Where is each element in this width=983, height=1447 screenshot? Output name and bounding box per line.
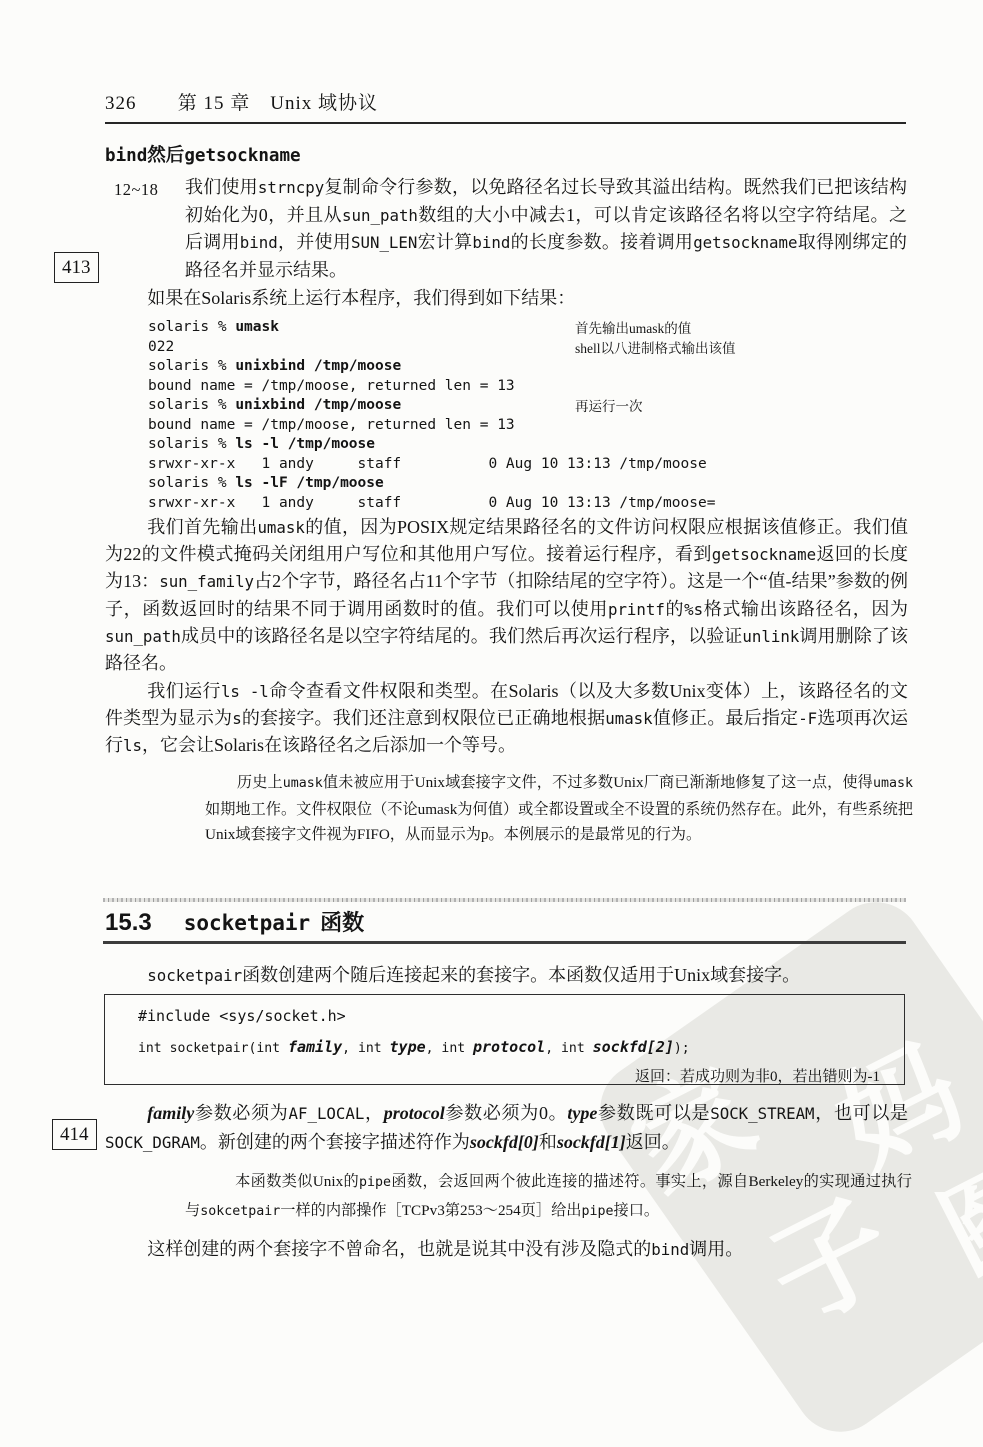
text-run: protocol — [384, 1103, 445, 1123]
text-run: sun_path — [342, 206, 418, 225]
section-title-text: 函数 — [320, 910, 364, 935]
terminal-prompt: solaris % — [148, 397, 235, 413]
paragraph-ls-discussion: 我们运行ls -l命令查看文件权限和类型。在Solaris（以及大多数Unix变… — [105, 678, 908, 760]
text-run: ，并使用 — [278, 232, 351, 252]
paragraph-lines-12-18: 12~18 我们使用strncpy复制命令行参数，以免路径名过长导致其溢出结构。… — [185, 174, 907, 284]
text-run: 我们使用 — [185, 177, 258, 197]
text-run: printf — [608, 600, 665, 619]
text-run: 然后 — [147, 146, 184, 166]
text-run: 参数必须为 — [194, 1103, 288, 1123]
paragraph-text: 我们使用strncpy复制命令行参数，以免路径名过长导致其溢出结构。既然我们已把… — [185, 177, 907, 280]
section-number: 15.3 — [105, 909, 152, 936]
text-run: umask — [283, 776, 323, 791]
subsection-heading-bind-getsockname: bind然后getsockname — [105, 141, 301, 167]
terminal-line: solaris % ls -l /tmp/moose — [148, 435, 908, 455]
text-run: 返回。 — [626, 1132, 680, 1152]
text-run: 历史上 — [237, 774, 283, 791]
terminal-line: srwxr-xr-x 1 andy staff 0 Aug 10 13:13 /… — [148, 455, 908, 475]
terminal-comment: 再运行一次 — [575, 397, 643, 417]
text-run: unlink — [742, 627, 799, 646]
terminal-line: srwxr-xr-x 1 andy staff 0 Aug 10 13:13 /… — [148, 494, 908, 514]
note-pipe-similarity: 本函数类似Unix的pipe函数，会返回两个彼此连接的描述符。事实上，源自Ber… — [185, 1168, 912, 1225]
text-run: %s — [684, 600, 703, 619]
text-run: ，也可以是 — [815, 1103, 909, 1123]
text-run: 这样创建的两个套接字不曾命名，也就是说其中没有涉及隐式的 — [147, 1239, 651, 1259]
function-prototype-box: #include <sys/socket.h> int socketpair(i… — [104, 994, 905, 1085]
text-run: 如果在Solaris系统上运行本程序，我们得到如下结果： — [147, 288, 575, 308]
text-run: 参数既可以是 — [597, 1103, 710, 1123]
text-run: ls — [123, 736, 142, 755]
text-run: family — [147, 1103, 194, 1123]
text-run: 值未被应用于Unix域套接字文件，不过多数Unix厂商已渐渐地修复了这一点，使得 — [323, 774, 873, 791]
page-header: 326 第 15 章 Unix 域协议 — [105, 88, 906, 124]
text-run: umask — [257, 518, 304, 537]
text-run: -F — [798, 709, 817, 728]
text-run: ); — [674, 1041, 690, 1056]
text-run: 值修正。最后指定 — [653, 708, 799, 728]
text-run: umask — [605, 709, 652, 728]
terminal-text: bound name = /tmp/moose, returned len = … — [148, 378, 515, 394]
text-run: 我们首先输出 — [147, 517, 257, 537]
text-run: 接口。 — [614, 1202, 660, 1219]
text-run: s — [232, 709, 241, 728]
text-run: 我们运行 — [147, 681, 221, 701]
terminal-command: ls -l /tmp/moose — [235, 436, 375, 452]
section-title-code: socketpair — [184, 911, 310, 935]
terminal-line: bound name = /tmp/moose, returned len = … — [148, 377, 908, 397]
text-run: bind — [240, 233, 278, 252]
text-run: 参数必须为0。 — [445, 1103, 568, 1123]
terminal-line: solaris % unixbind /tmp/moose再运行一次 — [148, 396, 908, 416]
text-run: bind — [472, 233, 510, 252]
text-run: strncpy — [258, 178, 324, 197]
text-run: 调用。 — [689, 1239, 743, 1259]
text-run: getsockname — [693, 233, 797, 252]
paragraph-unnamed-sockets: 这样创建的两个套接字不曾命名，也就是说其中没有涉及隐式的bind调用。 — [105, 1236, 906, 1263]
text-run: sockfd[2] — [593, 1038, 674, 1056]
text-run: 宏计算 — [417, 232, 472, 252]
text-run: type — [390, 1038, 426, 1056]
prototype-line: int socketpair(int family, int type, int… — [138, 1038, 880, 1056]
paragraph-umask-discussion: 我们首先输出umask的值，因为POSIX规定结果路径名的文件访问权限应根据该值… — [105, 514, 908, 677]
text-run: socketpair — [147, 966, 242, 985]
text-run: , int — [426, 1041, 473, 1056]
terminal-line: solaris % unixbind /tmp/moose — [148, 357, 908, 377]
text-run: umask — [873, 776, 913, 791]
text-run: protocol — [473, 1038, 545, 1056]
terminal-line: bound name = /tmp/moose, returned len = … — [148, 416, 908, 436]
text-run: family — [288, 1038, 342, 1056]
text-run: 一样的内部操作［TCPv3第253～254页］给出 — [280, 1202, 581, 1219]
text-run: int socketpair(int — [138, 1041, 288, 1056]
text-run: sockfd[1] — [557, 1132, 626, 1152]
text-run: 格式输出该路径名，因为 — [703, 599, 908, 619]
text-run: 的 — [665, 599, 684, 619]
margin-page-label-414: 414 — [52, 1119, 97, 1150]
text-run: , int — [342, 1041, 389, 1056]
text-run: SOCK_DGRAM — [105, 1133, 200, 1152]
text-run: 成员中的该路径名是以空字符结尾的。我们然后再次运行程序，以验证 — [181, 626, 743, 646]
terminal-text: srwxr-xr-x 1 andy staff 0 Aug 10 13:13 /… — [148, 456, 707, 472]
section-heading-15-3: 15.3 socketpair 函数 — [105, 906, 906, 937]
terminal-prompt: solaris % — [148, 319, 235, 335]
page-number: 326 — [105, 93, 173, 115]
text-run: SUN_LEN — [351, 233, 417, 252]
paragraph-socketpair-intro: socketpair函数创建两个随后连接起来的套接字。本函数仅适用于Unix域套… — [105, 962, 906, 989]
source-line-range-label: 12~18 — [114, 176, 158, 204]
text-run: bind — [105, 146, 147, 166]
text-run: 函数创建两个随后连接起来的套接字。本函数仅适用于Unix域套接字。 — [242, 965, 800, 985]
text-run: sun_path — [105, 627, 181, 646]
text-run: getsockname — [184, 146, 300, 166]
terminal-prompt: solaris % — [148, 436, 235, 452]
terminal-text: bound name = /tmp/moose, returned len = … — [148, 417, 515, 433]
text-run: ls -l — [221, 682, 269, 701]
terminal-command: umask — [235, 319, 279, 335]
text-run: 的长度参数。接着调用 — [510, 232, 693, 252]
text-run: 和 — [539, 1132, 557, 1152]
text-run: pipe — [359, 1175, 391, 1190]
text-run: sokcetpair — [200, 1204, 280, 1219]
book-page: 家 妈 子 图 PDG 326 第 15 章 Unix 域协议 413 414 … — [0, 0, 983, 1447]
paragraph-parameters: family参数必须为AF_LOCAL，protocol参数必须为0。type参… — [105, 1099, 908, 1157]
terminal-line: solaris % ls -lF /tmp/moose — [148, 474, 908, 494]
terminal-comment: 首先输出umask的值 — [575, 319, 691, 339]
section-heading-rule — [103, 941, 906, 944]
margin-page-label-413: 413 — [54, 252, 99, 283]
text-run: 的套接字。我们还注意到权限位已正确地根据 — [242, 708, 606, 728]
terminal-output: solaris % umask首先输出umask的值022shell以八进制格式… — [148, 318, 908, 513]
watermark-pdg-label: PDG — [951, 1142, 983, 1261]
include-line: #include <sys/socket.h> — [138, 1007, 880, 1025]
text-run: sockfd[0] — [470, 1132, 539, 1152]
terminal-line: solaris % umask首先输出umask的值 — [148, 318, 908, 338]
terminal-line: 022shell以八进制格式输出该值 — [148, 338, 908, 358]
text-run: AF_LOCAL — [289, 1104, 365, 1123]
text-run: pipe — [581, 1204, 613, 1219]
terminal-prompt: solaris % — [148, 358, 235, 374]
paragraph-lead-in: 如果在Solaris系统上运行本程序，我们得到如下结果： — [105, 285, 906, 312]
terminal-command: ls -lF /tmp/moose — [235, 475, 383, 491]
terminal-prompt: solaris % — [148, 475, 235, 491]
text-run: 如期地工作。文件权限位（不论umask为何值）或全都设置或全不设置的系统仍然存在… — [205, 801, 913, 844]
text-run: 。新创建的两个套接字描述符作为 — [200, 1132, 470, 1152]
text-run: SOCK_STREAM — [710, 1104, 814, 1123]
section-divider-texture — [103, 898, 906, 902]
text-run: ， — [364, 1103, 383, 1123]
terminal-command: unixbind /tmp/moose — [235, 397, 401, 413]
text-run: , int — [545, 1041, 592, 1056]
text-run: ，它会让Solaris在该路径名之后添加一个等号。 — [142, 735, 516, 755]
text-run: type — [567, 1103, 597, 1123]
text-run: bind — [651, 1240, 689, 1259]
note-historical-umask: 历史上umask值未被应用于Unix域套接字文件，不过多数Unix厂商已渐渐地修… — [205, 770, 913, 848]
return-value-note: 返回：若成功则为非0，若出错则为-1 — [138, 1065, 880, 1086]
watermark-seal-glyph: 图 — [911, 1120, 983, 1301]
terminal-text: 022 — [148, 339, 174, 355]
terminal-text: srwxr-xr-x 1 andy staff 0 Aug 10 13:13 /… — [148, 495, 715, 511]
chapter-title: 第 15 章 Unix 域协议 — [178, 93, 378, 114]
text-run: sun_family — [159, 572, 254, 591]
text-run: getsockname — [712, 545, 816, 564]
terminal-comment: shell以八进制格式输出该值 — [575, 339, 736, 359]
text-run: 本函数类似Unix的 — [235, 1173, 359, 1190]
terminal-command: unixbind /tmp/moose — [235, 358, 401, 374]
